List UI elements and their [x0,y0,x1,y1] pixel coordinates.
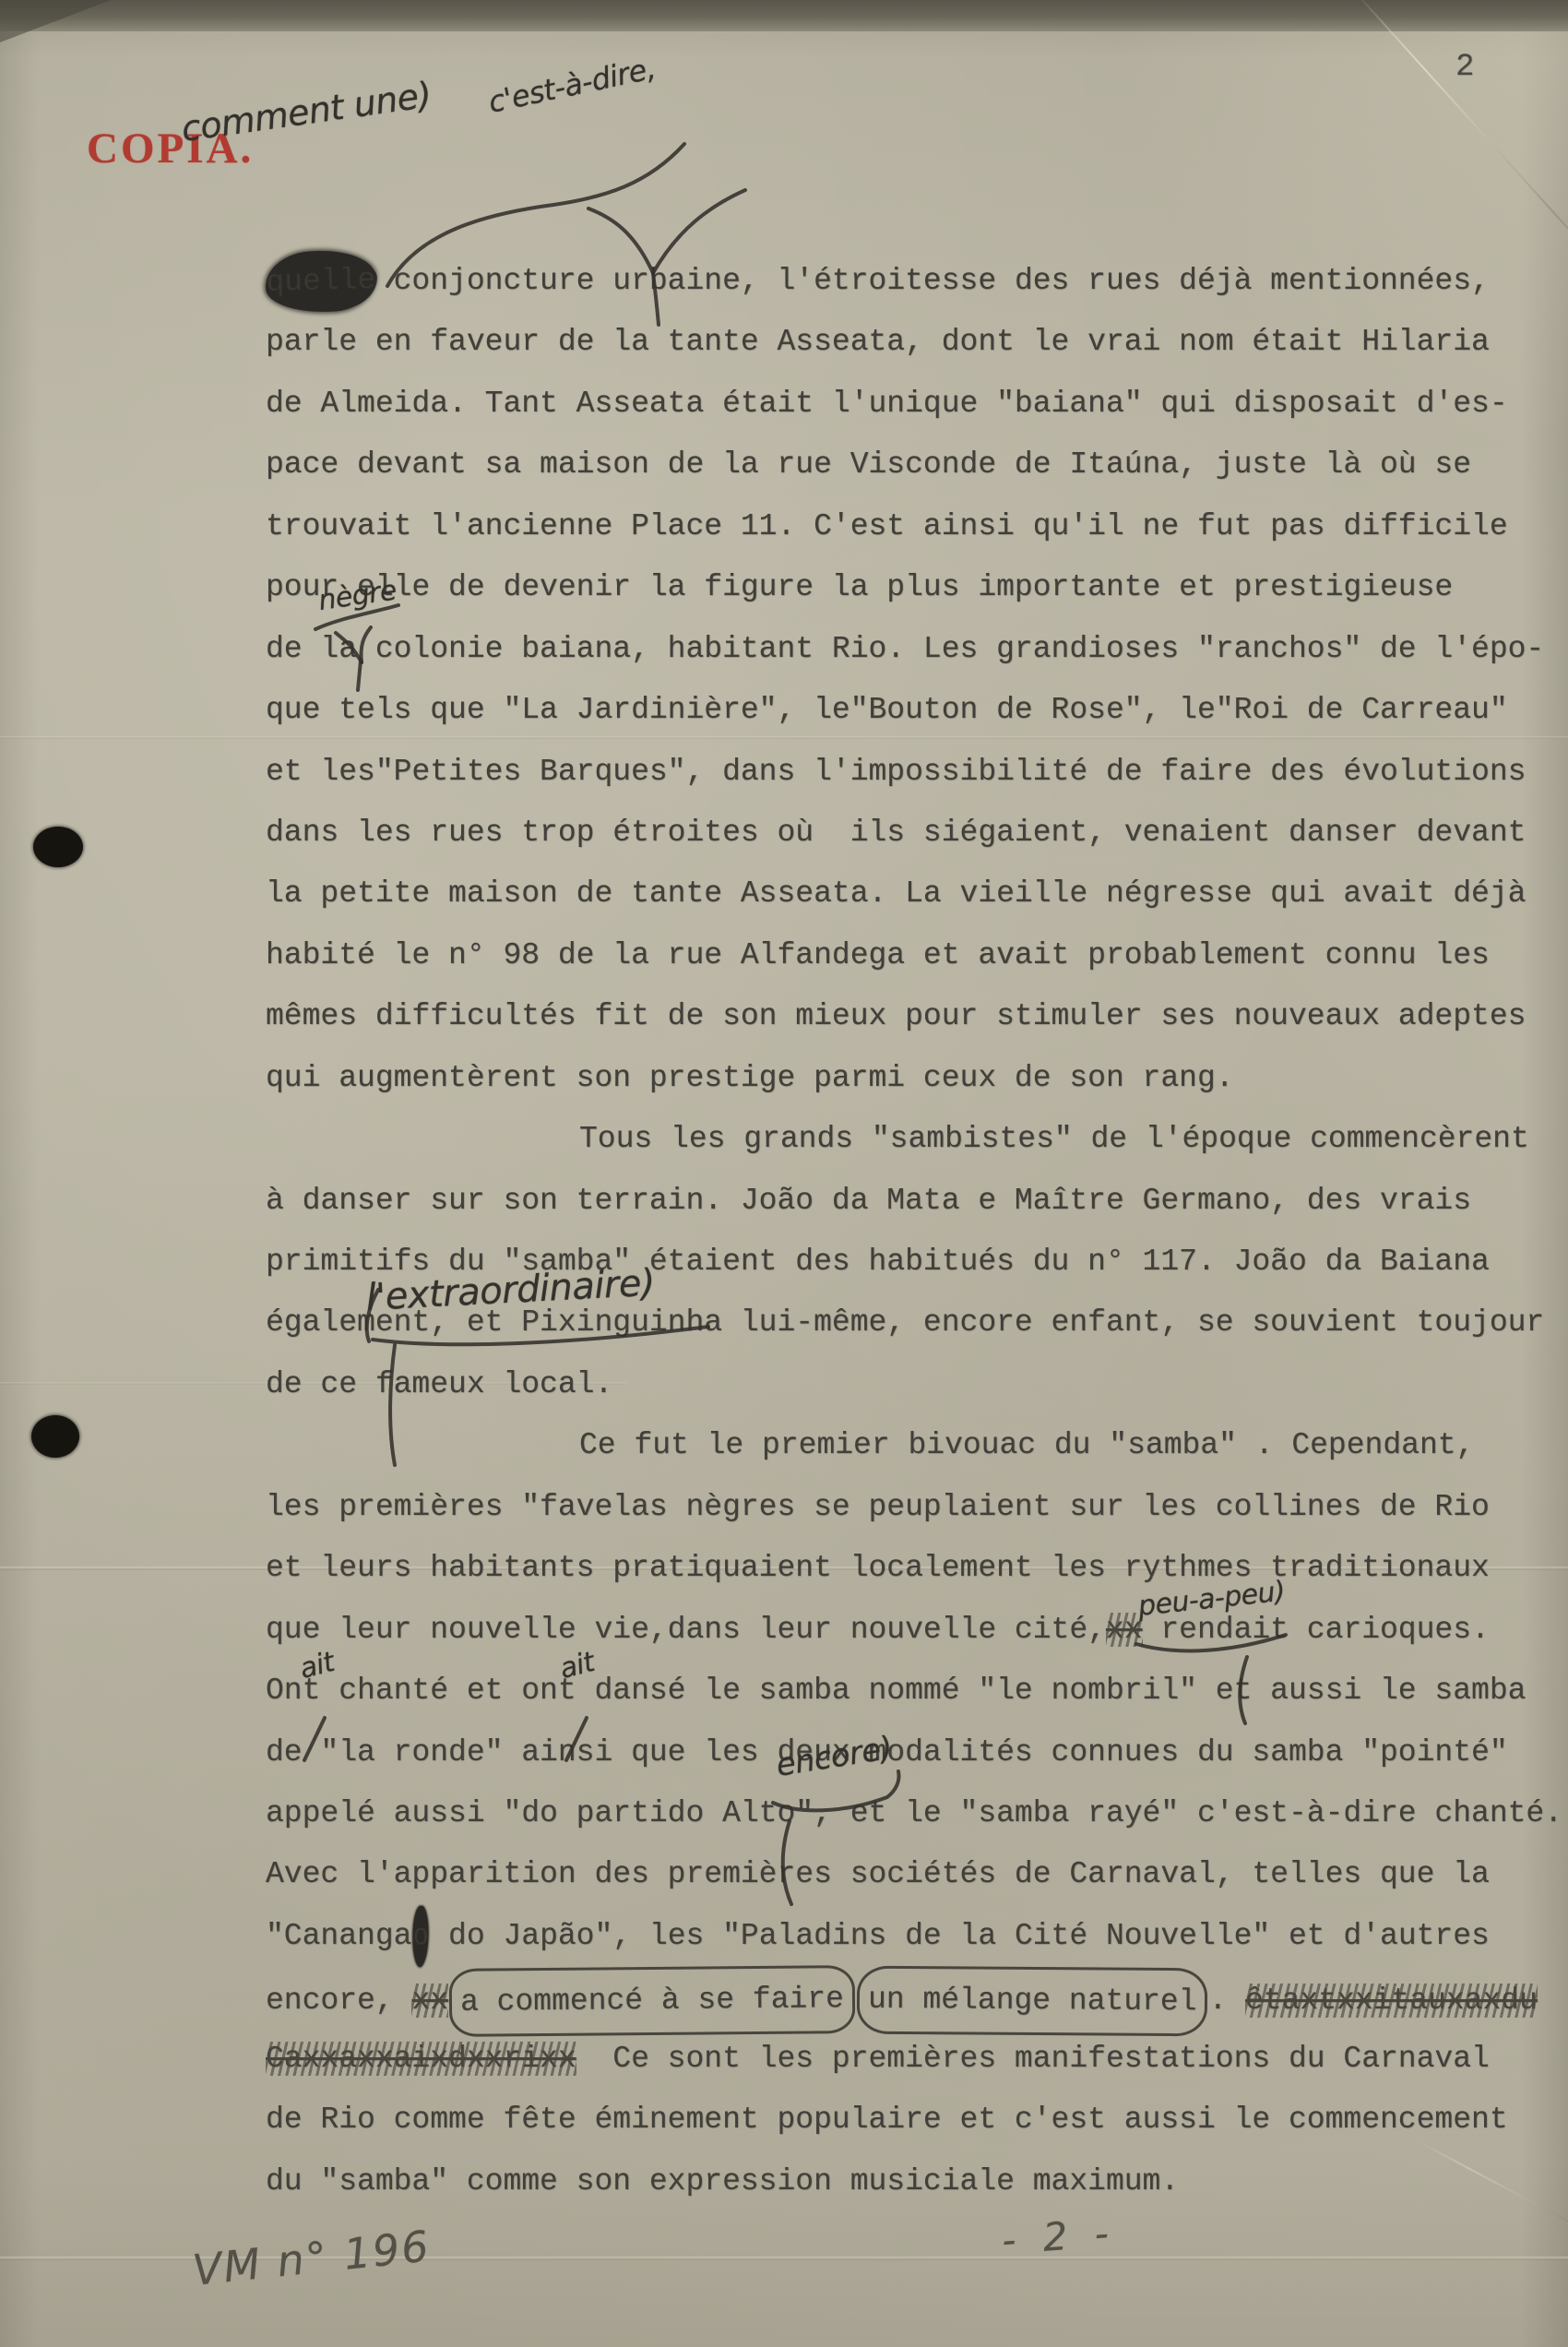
typed-line: quelle conjoncture urbaine, l'étroitesse… [266,251,1557,312]
text-segment-normal: dans les rues trop étroites où ils siéga… [266,816,1526,850]
handwritten-annotation-cest-a-dire: c'est-à-dire, [485,51,659,120]
typed-line: que tels que "La Jardinière", le"Bouton … [266,680,1557,741]
typed-line: de ce fameux local. [266,1354,1557,1415]
text-segment-normal: . [1208,1984,1245,2018]
text-segment-normal: du "samba" comme son expression musicial… [266,2164,1179,2198]
text-segment-xed: xx [411,1984,448,2018]
text-segment-xed: xx [1106,1613,1143,1647]
typed-line: et leurs habitants pratiquaient localeme… [266,1538,1557,1599]
typed-line: appelé aussi "do partido Alto", et le "s… [266,1783,1557,1844]
typed-line: Ce fut le premier bivouac du "samba" . C… [266,1415,1557,1476]
typed-line: la petite maison de tante Asseata. La vi… [266,864,1557,924]
text-segment-normal: qui augmentèrent son prestige parmi ceux… [266,1061,1234,1095]
text-segment-normal: que tels que "La Jardinière", le"Bouton … [266,693,1508,727]
paper-crease-diagonal [1354,0,1568,287]
hole-punch-top [33,827,83,867]
corner-fold [0,0,111,42]
pencil-annotation-vm-number: VM n° 196 [190,2221,433,2295]
typed-line: "Canangao do Japão", les "Paladins de la… [266,1906,1557,1967]
text-segment-normal: pour elle de devenir la figure la plus i… [266,570,1453,604]
typed-line: les premières "favelas nègres se peuplai… [266,1477,1557,1538]
handwritten-annotation-comment-une: comment une) [179,74,434,149]
text-segment-normal: do Japão", les "Paladins de la Cité Nouv… [430,1919,1490,1953]
text-segment-normal: Ce fut le premier bivouac du "samba" . C… [579,1428,1474,1462]
text-segment-normal: habité le n° 98 de la rue Alfandega et a… [266,938,1490,972]
text-segment-normal: Tous les grands "sambistes" de l'époque … [579,1122,1529,1156]
typed-text-block: quelle conjoncture urbaine, l'étroitesse… [266,251,1557,2212]
typed-line: habité le n° 98 de la rue Alfandega et a… [266,925,1557,986]
typed-line: parle en faveur de la tante Asseata, don… [266,312,1557,373]
typed-line: que leur nouvelle vie,dans leur nouvelle… [266,1600,1557,1661]
text-segment-normal: Ce sont les premières manifestations du … [576,2042,1490,2076]
typed-line: à danser sur son terrain. João da Mata e… [266,1171,1557,1232]
typed-line: et les"Petites Barques", dans l'impossib… [266,742,1557,803]
typed-line: mêmes difficultés fit de son mieux pour … [266,986,1557,1047]
typed-line: Tous les grands "sambistes" de l'époque … [266,1109,1557,1170]
page-number: 2 [1455,50,1474,85]
typed-line: trouvait l'ancienne Place 11. C'est ains… [266,496,1557,557]
document-page: COPIA. 2 quelle conjoncture urbaine, l'é… [0,0,1568,2347]
text-segment-normal: à danser sur son terrain. João da Mata e… [266,1184,1471,1218]
text-segment-circle2: un mélange naturel [857,1966,1208,2037]
text-segment-xed: Caxxaxxaixdxxrixx [266,2042,576,2076]
typed-line: pour elle de devenir la figure la plus i… [266,557,1557,618]
text-segment-scribble: quelle [265,249,376,314]
typed-line: dans les rues trop étroites où ils siéga… [266,803,1557,864]
typed-line: de Almeida. Tant Asseata était l'unique … [266,374,1557,435]
hole-punch-bottom [31,1415,79,1458]
text-segment-circle: a commencé à se faire [449,1965,856,2037]
typed-line: Caxxaxxaixdxxrixx Ce sont les premières … [266,2029,1557,2090]
pencil-annotation-page-pencil: - 2 - [1001,2210,1118,2263]
text-segment-xed: êtaxtxxitauxaxdu [1245,1984,1538,2018]
typed-line: du "samba" comme son expression musicial… [266,2151,1557,2212]
text-segment-normal: et les"Petites Barques", dans l'impossib… [266,755,1526,789]
text-segment-normal: parle en faveur de la tante Asseata, don… [266,325,1490,359]
typed-line: de "la ronde" ainsi que les deux modalit… [266,1722,1557,1783]
typed-line: encore, xxa commencé à se faireun mélang… [266,1967,1557,2028]
text-segment-normal: et leurs habitants pratiquaient localeme… [266,1551,1490,1585]
text-segment-normal: de Rio comme fête éminement populaire et… [266,2103,1508,2137]
text-segment-blot: o [413,1906,429,1967]
typed-line: de Rio comme fête éminement populaire et… [266,2090,1557,2150]
text-segment-normal: mêmes difficultés fit de son mieux pour … [266,999,1526,1033]
text-segment-normal: trouvait l'ancienne Place 11. C'est ains… [266,509,1508,543]
typed-line: de la colonie baiana, habitant Rio. Les … [266,619,1557,680]
typed-line: Ont chanté et ont dansé le samba nommé "… [266,1661,1557,1722]
typed-line: pace devant sa maison de la rue Visconde… [266,435,1557,495]
typed-line: Avec l'apparition des premières sociétés… [266,1844,1557,1905]
text-segment-normal: appelé aussi "do partido Alto", et le "s… [266,1796,1562,1830]
text-segment-normal: de ce fameux local. [266,1367,612,1401]
text-segment-normal: conjoncture urbaine, l'étroitesse des ru… [375,264,1490,298]
text-segment-normal: les premières "favelas nègres se peuplai… [266,1490,1490,1524]
text-segment-normal: pace devant sa maison de la rue Visconde… [266,447,1471,482]
text-segment-normal: rendait carioques. [1143,1613,1490,1647]
text-segment-normal: la petite maison de tante Asseata. La vi… [266,876,1526,911]
text-segment-normal: Avec l'apparition des premières sociétés… [266,1857,1490,1891]
text-segment-normal: "Cananga [266,1919,411,1953]
scan-edge-top [0,0,1568,31]
text-segment-normal: Ont chanté et ont dansé le samba nommé "… [266,1674,1526,1708]
typed-line: qui augmentèrent son prestige parmi ceux… [266,1048,1557,1109]
text-segment-normal: de la colonie baiana, habitant Rio. Les … [266,632,1544,666]
text-segment-normal: encore, [266,1984,411,2018]
text-segment-normal: que leur nouvelle vie,dans leur nouvelle… [266,1613,1106,1647]
text-segment-normal: de Almeida. Tant Asseata était l'unique … [266,387,1508,421]
